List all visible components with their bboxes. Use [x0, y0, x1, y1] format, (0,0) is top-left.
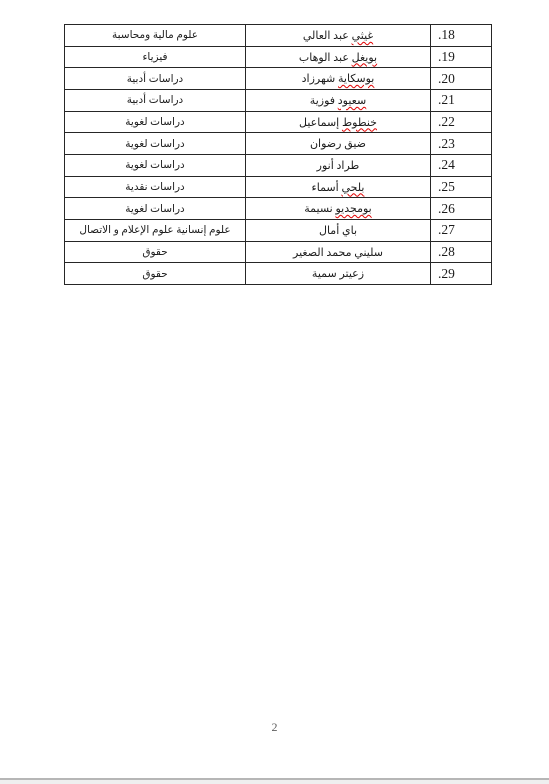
name-word: طراد أنور	[317, 160, 360, 172]
name-cell: باي أمال	[246, 220, 431, 241]
name-text: سعيود فوزية	[310, 94, 366, 107]
name-text: خنطوط إسماعيل	[299, 116, 377, 129]
name-word: سليني محمد الصغير	[293, 247, 383, 259]
name-word: باي أمال	[319, 225, 357, 237]
name-word-spellcheck-flagged: بلحي	[341, 182, 364, 194]
number-cell: 27.	[431, 220, 491, 241]
table-row: حقوقزعيتر سمية29.	[65, 262, 491, 284]
name-cell: بلحي أسماء	[246, 177, 431, 198]
name-cell: طراد أنور	[246, 155, 431, 176]
name-cell: سعيود فوزية	[246, 90, 431, 111]
name-text: طراد أنور	[317, 159, 360, 172]
row-number: 18.	[438, 27, 455, 43]
table-row: دراسات أدبيةسعيود فوزية21.	[65, 89, 491, 111]
field-text: علوم إنسانية علوم الإعلام و الاتصال	[79, 224, 230, 236]
number-cell: 29.	[431, 263, 491, 284]
field-text: دراسات لغوية	[125, 116, 184, 128]
number-cell: 18.	[431, 25, 491, 46]
field-text: دراسات لغوية	[125, 159, 184, 171]
field-text: حقوق	[142, 246, 167, 258]
name-word: زعيتر سمية	[312, 268, 364, 280]
name-cell: خنطوط إسماعيل	[246, 112, 431, 133]
field-cell: دراسات نقدية	[65, 177, 246, 198]
name-text: ضيق رضوان	[310, 137, 366, 150]
name-cell: غيثي عبد العالي	[246, 25, 431, 46]
name-text: بويغل عبد الوهاب	[299, 51, 377, 64]
field-cell: فيزياء	[65, 47, 246, 68]
name-cell: بوسكاية شهرزاد	[246, 68, 431, 89]
name-word: عبد العالي	[303, 30, 352, 42]
field-cell: حقوق	[65, 263, 246, 284]
number-cell: 24.	[431, 155, 491, 176]
name-cell: سليني محمد الصغير	[246, 242, 431, 263]
field-cell: علوم مالية ومحاسبة	[65, 25, 246, 46]
name-text: بلحي أسماء	[312, 181, 365, 194]
name-word: أسماء	[312, 182, 342, 194]
number-cell: 22.	[431, 112, 491, 133]
name-text: زعيتر سمية	[312, 267, 364, 280]
table-row: دراسات لغويةبومجديو نسيمة26.	[65, 197, 491, 219]
name-word: شهرزاد	[302, 73, 338, 85]
field-cell: دراسات لغوية	[65, 133, 246, 154]
field-text: دراسات لغوية	[125, 138, 184, 150]
field-cell: دراسات لغوية	[65, 198, 246, 219]
name-text: بومجديو نسيمة	[304, 202, 371, 215]
row-number: 29.	[438, 266, 455, 282]
row-number: 26.	[438, 201, 455, 217]
number-cell: 19.	[431, 47, 491, 68]
name-word: نسيمة	[304, 203, 335, 215]
field-cell: دراسات أدبية	[65, 68, 246, 89]
number-cell: 26.	[431, 198, 491, 219]
row-number: 22.	[438, 114, 455, 130]
field-cell: دراسات أدبية	[65, 90, 246, 111]
number-cell: 25.	[431, 177, 491, 198]
table-row: دراسات لغويةضيق رضوان23.	[65, 132, 491, 154]
field-text: علوم مالية ومحاسبة	[112, 29, 198, 41]
document-page: علوم مالية ومحاسبةغيثي عبد العالي18.فيزي…	[0, 0, 549, 784]
field-cell: دراسات لغوية	[65, 112, 246, 133]
name-word-spellcheck-flagged: غيثي	[352, 30, 374, 42]
number-cell: 23.	[431, 133, 491, 154]
name-word-spellcheck-flagged: بويغل	[352, 52, 377, 64]
name-cell: بومجديو نسيمة	[246, 198, 431, 219]
field-text: حقوق	[142, 268, 167, 280]
name-cell: زعيتر سمية	[246, 263, 431, 284]
name-word-spellcheck-flagged: بوسكاية	[338, 73, 374, 85]
table-row: دراسات أدبيةبوسكاية شهرزاد20.	[65, 67, 491, 89]
name-word-spellcheck-flagged: بومجديو	[335, 203, 371, 215]
row-number: 24.	[438, 157, 455, 173]
name-cell: بويغل عبد الوهاب	[246, 47, 431, 68]
name-word: فوزية	[310, 95, 338, 107]
table-row: علوم مالية ومحاسبةغيثي عبد العالي18.	[65, 25, 491, 46]
page-number: 2	[0, 720, 549, 735]
roster-table: علوم مالية ومحاسبةغيثي عبد العالي18.فيزي…	[64, 24, 492, 285]
field-text: دراسات أدبية	[127, 94, 183, 106]
number-cell: 28.	[431, 242, 491, 263]
name-word: إسماعيل	[299, 117, 342, 129]
table-row: حقوقسليني محمد الصغير28.	[65, 241, 491, 263]
table-row: دراسات لغويةطراد أنور24.	[65, 154, 491, 176]
table-row: دراسات نقديةبلحي أسماء25.	[65, 176, 491, 198]
row-number: 23.	[438, 136, 455, 152]
name-word-spellcheck-flagged: خنطوط	[342, 117, 377, 129]
row-number: 28.	[438, 244, 455, 260]
field-text: دراسات أدبية	[127, 73, 183, 85]
row-number: 27.	[438, 222, 455, 238]
table-row: علوم إنسانية علوم الإعلام و الاتصالباي أ…	[65, 219, 491, 241]
row-number: 25.	[438, 179, 455, 195]
number-cell: 21.	[431, 90, 491, 111]
page-bottom-edge	[0, 778, 549, 784]
table-row: دراسات لغويةخنطوط إسماعيل22.	[65, 111, 491, 133]
field-text: دراسات نقدية	[125, 181, 184, 193]
number-cell: 20.	[431, 68, 491, 89]
name-word: ضيق رضوان	[310, 138, 366, 150]
name-text: سليني محمد الصغير	[293, 246, 383, 259]
name-text: غيثي عبد العالي	[303, 29, 373, 42]
name-text: باي أمال	[319, 224, 357, 237]
name-word: عبد الوهاب	[299, 52, 352, 64]
row-number: 19.	[438, 49, 455, 65]
table-row: فيزياءبويغل عبد الوهاب19.	[65, 46, 491, 68]
row-number: 20.	[438, 71, 455, 87]
field-cell: علوم إنسانية علوم الإعلام و الاتصال	[65, 220, 246, 241]
field-cell: دراسات لغوية	[65, 155, 246, 176]
name-word-spellcheck-flagged: سعيود	[338, 95, 366, 107]
field-text: دراسات لغوية	[125, 203, 184, 215]
name-cell: ضيق رضوان	[246, 133, 431, 154]
name-text: بوسكاية شهرزاد	[302, 72, 375, 85]
row-number: 21.	[438, 92, 455, 108]
field-text: فيزياء	[142, 51, 167, 63]
field-cell: حقوق	[65, 242, 246, 263]
